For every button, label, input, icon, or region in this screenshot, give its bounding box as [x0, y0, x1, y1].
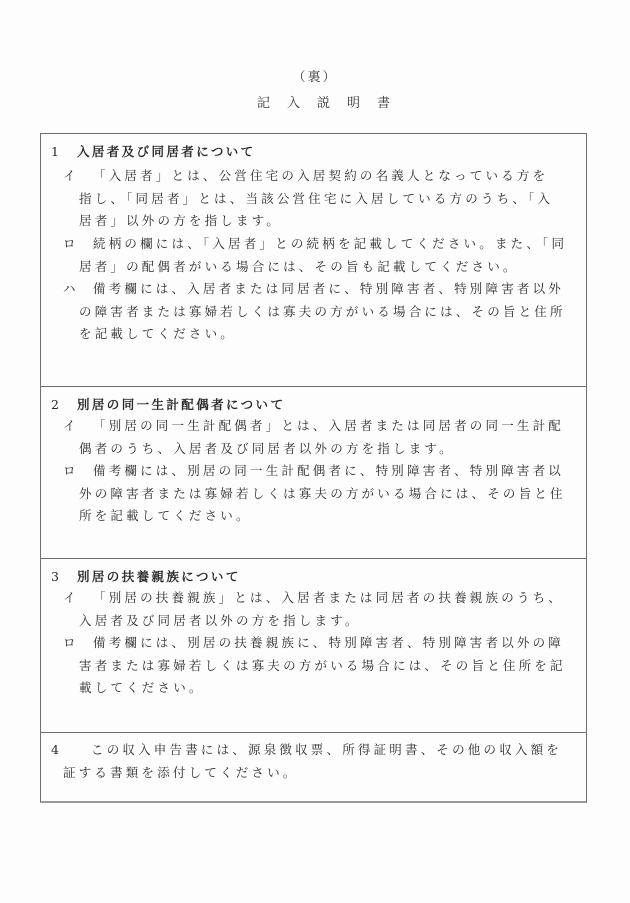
reverse-side-label: （裏）: [0, 66, 630, 85]
item-text-line: 「別居の同一生計配偶者」とは、入居者または同居者の同一生計配: [93, 415, 564, 438]
item-marker: ハ: [63, 278, 79, 301]
section-separate-spouse: 2別居の同一生計配偶者について イ 「別居の同一生計配偶者」とは、入居者または同…: [41, 387, 586, 559]
item-text-line: 「別居の扶養親族」とは、入居者または同居者の扶養親族のうち、: [93, 587, 564, 610]
item-text-line: 入居者及び同居者以外の方を指します。: [79, 610, 361, 633]
page-title: 記入説明書: [0, 92, 630, 111]
section-separate-dependents: 3別居の扶養親族について イ 「別居の扶養親族」とは、入居者または同居者の扶養親…: [41, 559, 586, 733]
item-marker: イ: [63, 415, 79, 438]
item-marker: ロ: [63, 233, 79, 256]
section-number: 3: [51, 569, 77, 584]
item-text-line: 偶者のうち、入居者及び同居者以外の方を指します。: [79, 438, 455, 461]
section-heading: 3別居の扶養親族について: [51, 567, 241, 585]
section-attachments: 4 この収入申告書には、源泉徴収票、所得証明書、その他の収入額を 証する書類を添…: [41, 733, 586, 801]
item-text-line: 載してください。: [79, 677, 205, 700]
section-residents: 1入居者及び同居者について イ 「入居者」とは、公営住宅の入居契約の名義人となっ…: [41, 134, 586, 387]
item-text-line: 居者」以外の方を指します。: [79, 210, 282, 233]
section-number: 1: [51, 144, 77, 159]
item-marker: イ: [63, 587, 79, 610]
section-heading: 2別居の同一生計配偶者について: [51, 395, 285, 413]
section-number: 2: [51, 397, 77, 412]
section-heading: 1入居者及び同居者について: [51, 142, 256, 160]
item-marker: ロ: [63, 632, 79, 655]
item-text-line: 指し、「同居者」とは、当該公営住宅に入居している方のうち、「入: [79, 188, 553, 211]
item-text-line: 外の障害者または寡婦若しくは寡夫の方がいる場合には、その旨と住: [79, 483, 566, 506]
item-text-line: 害者または寡婦若しくは寡夫の方がいる場合には、その旨と住所を記: [79, 655, 566, 678]
instruction-box: 1入居者及び同居者について イ 「入居者」とは、公営住宅の入居契約の名義人となっ…: [40, 133, 587, 803]
item-text-line: 所を記載してください。: [79, 505, 252, 528]
item-marker: ロ: [63, 460, 79, 483]
section-text-line: 証する書類を添付してください。: [63, 762, 299, 785]
item-text-line: 居者」の配偶者がいる場合には、その旨も記載してください。: [79, 256, 519, 279]
item-text-line: 備考欄には、別居の扶養親族に、特別障害者、特別障害者以外の障: [93, 632, 564, 655]
item-text-line: 備考欄には、入居者または同居者に、特別障害者、特別障害者以外: [93, 278, 564, 301]
item-marker: イ: [63, 165, 79, 188]
item-text-line: 「入居者」とは、公営住宅の入居契約の名義人となっている方を: [93, 165, 548, 188]
section-text-line: この収入申告書には、源泉徴収票、所得証明書、その他の収入額を: [91, 739, 562, 762]
item-text-line: を記載してください。: [79, 323, 236, 346]
section-title: 別居の扶養親族について: [77, 569, 241, 584]
item-text-line: の障害者または寡婦若しくは寡夫の方がいる場合には、その旨と住所: [79, 301, 566, 324]
item-text-line: 続柄の欄には、「入居者」との続柄を記載してください。また、「同: [93, 233, 567, 256]
item-text-line: 備考欄には、別居の同一生計配偶者に、特別障害者、特別障害者以: [93, 460, 564, 483]
section-number: 4: [51, 739, 77, 762]
section-title: 入居者及び同居者について: [77, 144, 256, 159]
section-title: 別居の同一生計配偶者について: [77, 397, 285, 412]
